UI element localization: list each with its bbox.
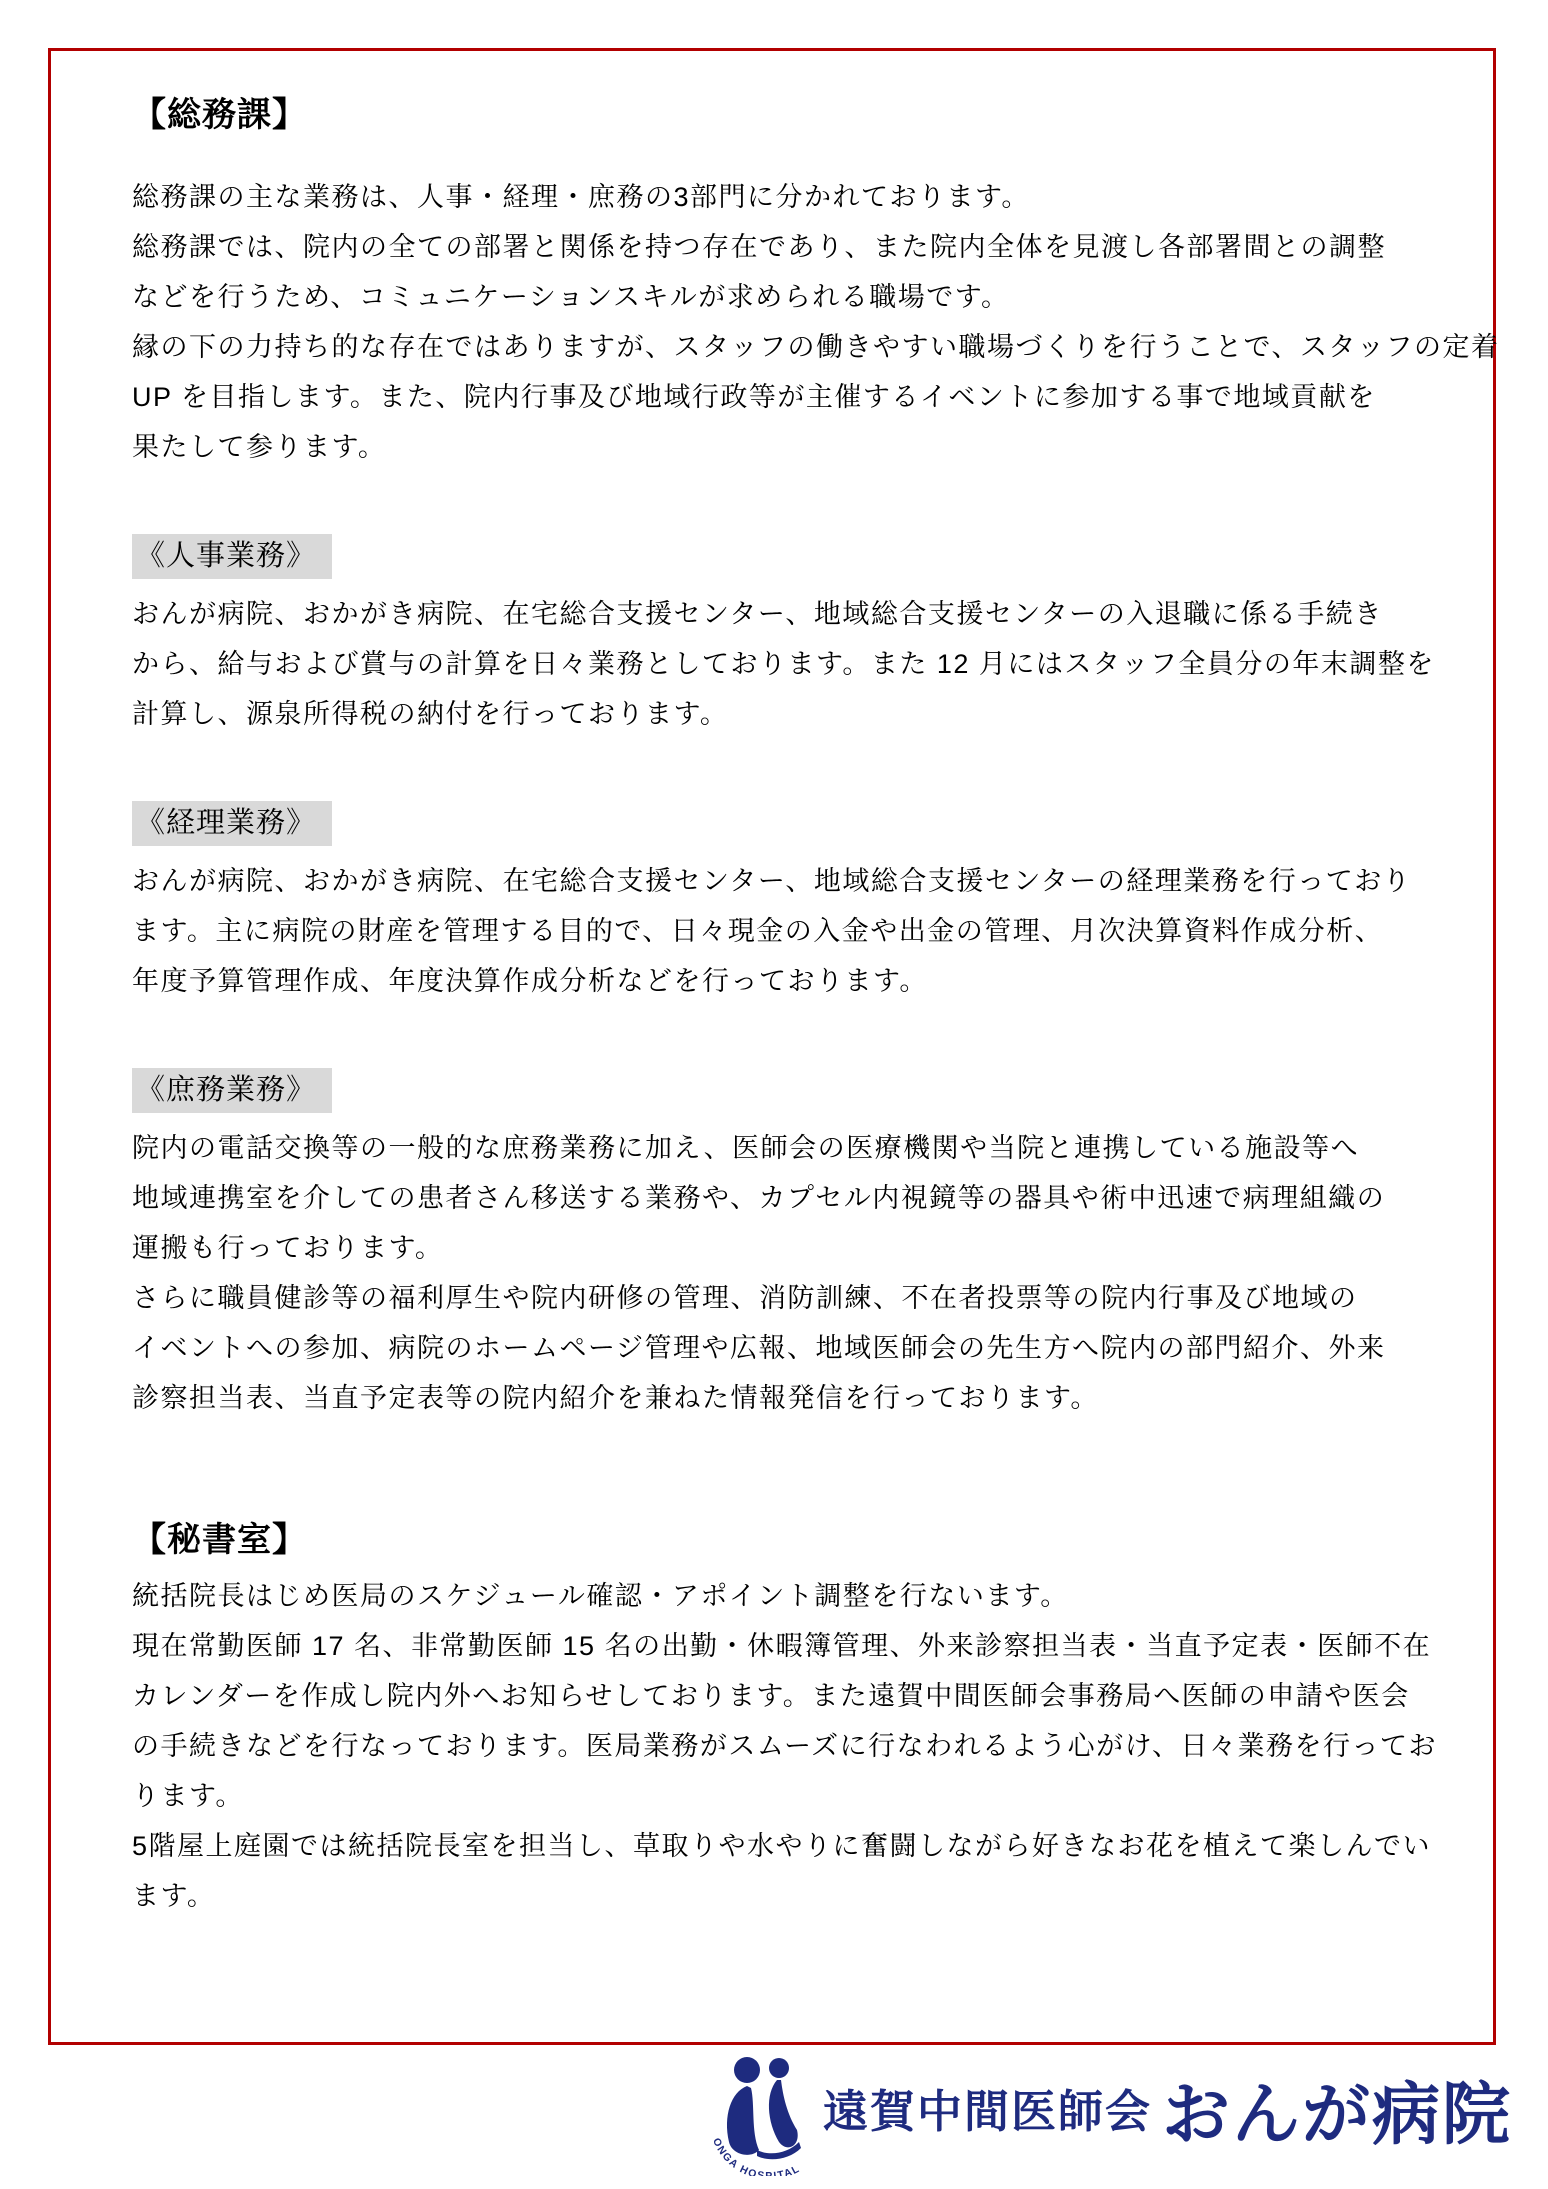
hospital-logo: ONGA HOSPITAL 遠賀中間医師会 おんが病院 (711, 2052, 1512, 2178)
logo-org-text: 遠賀中間医師会 (823, 2089, 1152, 2142)
subsection-heading-highlighted: 《経理業務》 (132, 801, 332, 846)
section-hishoshitsu: 【秘書室】 統括院長はじめ医局のスケジュール確認・アポイント調整を行ないます。 … (132, 1519, 1427, 1921)
section-shomu-gyoumu: 《庶務業務》 院内の電話交換等の一般的な庶務業務に加え、医師会の医療機関や当院と… (132, 1068, 1427, 1423)
hospital-logo-icon: ONGA HOSPITAL (711, 2054, 813, 2176)
text-line: イベントへの参加、病院のホームページ管理や広報、地域医師会の先生方へ院内の部門紹… (132, 1323, 1427, 1373)
text-line: 総務課の主な業務は、人事・経理・庶務の3部門に分かれております。 (132, 172, 1427, 222)
subsection-heading-highlighted: 《庶務業務》 (132, 1068, 332, 1113)
text-line: の手続きなどを行なっております。医局業務がスムーズに行なわれるよう心がけ、日々業… (132, 1721, 1427, 1771)
text-line: 5階屋上庭園では統括院長室を担当し、草取りや水やりに奮闘しながら好きなお花を植え… (132, 1821, 1427, 1871)
text-line: おんが病院、おかがき病院、在宅総合支援センター、地域総合支援センターの入退職に係… (132, 589, 1427, 639)
text-line: おんが病院、おかがき病院、在宅総合支援センター、地域総合支援センターの経理業務を… (132, 856, 1427, 906)
section-heading: 【総務課】 (132, 94, 1427, 136)
text-line: 診察担当表、当直予定表等の院内紹介を兼ねた情報発信を行っております。 (132, 1373, 1427, 1423)
section-heading: 【秘書室】 (132, 1519, 1427, 1561)
section-jinji-gyoumu: 《人事業務》 おんが病院、おかがき病院、在宅総合支援センター、地域総合支援センタ… (132, 534, 1427, 739)
text-line: 地域連携室を介しての患者さん移送する業務や、カプセル内視鏡等の器具や術中迅速で病… (132, 1173, 1427, 1223)
text-line: ます。 (132, 1871, 1427, 1921)
text-line: 総務課では、院内の全ての部署と関係を持つ存在であり、また院内全体を見渡し各部署間… (132, 222, 1427, 272)
text-line: UP を目指します。また、院内行事及び地域行政等が主催するイベントに参加する事で… (132, 372, 1427, 422)
text-line: から、給与および賞与の計算を日々業務としております。また 12 月にはスタッフ全… (132, 639, 1427, 689)
text-line: ります。 (132, 1771, 1427, 1821)
text-line: 現在常勤医師 17 名、非常勤医師 15 名の出勤・休暇簿管理、外来診察担当表・… (132, 1621, 1427, 1671)
text-line: 運搬も行っております。 (132, 1223, 1427, 1273)
text-line: 計算し、源泉所得税の納付を行っております。 (132, 689, 1427, 739)
section-keiri-gyoumu: 《経理業務》 おんが病院、おかがき病院、在宅総合支援センター、地域総合支援センタ… (132, 801, 1427, 1006)
text-line: 縁の下の力持ち的な存在ではありますが、スタッフの働きやすい職場づくりを行うことで… (132, 322, 1427, 372)
document-content: 【総務課】 総務課の主な業務は、人事・経理・庶務の3部門に分かれております。 総… (132, 94, 1427, 1921)
text-line: カレンダーを作成し院内外へお知らせしております。また遠賀中間医師会事務局へ医師の… (132, 1671, 1427, 1721)
section-soumuka: 【総務課】 総務課の主な業務は、人事・経理・庶務の3部門に分かれております。 総… (132, 94, 1427, 472)
text-line: 年度予算管理作成、年度決算作成分析などを行っております。 (132, 956, 1427, 1006)
text-line: さらに職員健診等の福利厚生や院内研修の管理、消防訓練、不在者投票等の院内行事及び… (132, 1273, 1427, 1323)
text-line: 統括院長はじめ医局のスケジュール確認・アポイント調整を行ないます。 (132, 1571, 1427, 1621)
text-line: などを行うため、コミュニケーションスキルが求められる職場です。 (132, 272, 1427, 322)
document-page: 【総務課】 総務課の主な業務は、人事・経理・庶務の3部門に分かれております。 総… (0, 0, 1548, 2189)
text-line: ます。主に病院の財産を管理する目的で、日々現金の入金や出金の管理、月次決算資料作… (132, 906, 1427, 956)
subsection-heading-highlighted: 《人事業務》 (132, 534, 332, 579)
logo-hospital-text: おんが病院 (1162, 2081, 1512, 2149)
text-line: 院内の電話交換等の一般的な庶務業務に加え、医師会の医療機関や当院と連携している施… (132, 1123, 1427, 1173)
text-line: 果たして参ります。 (132, 422, 1427, 472)
